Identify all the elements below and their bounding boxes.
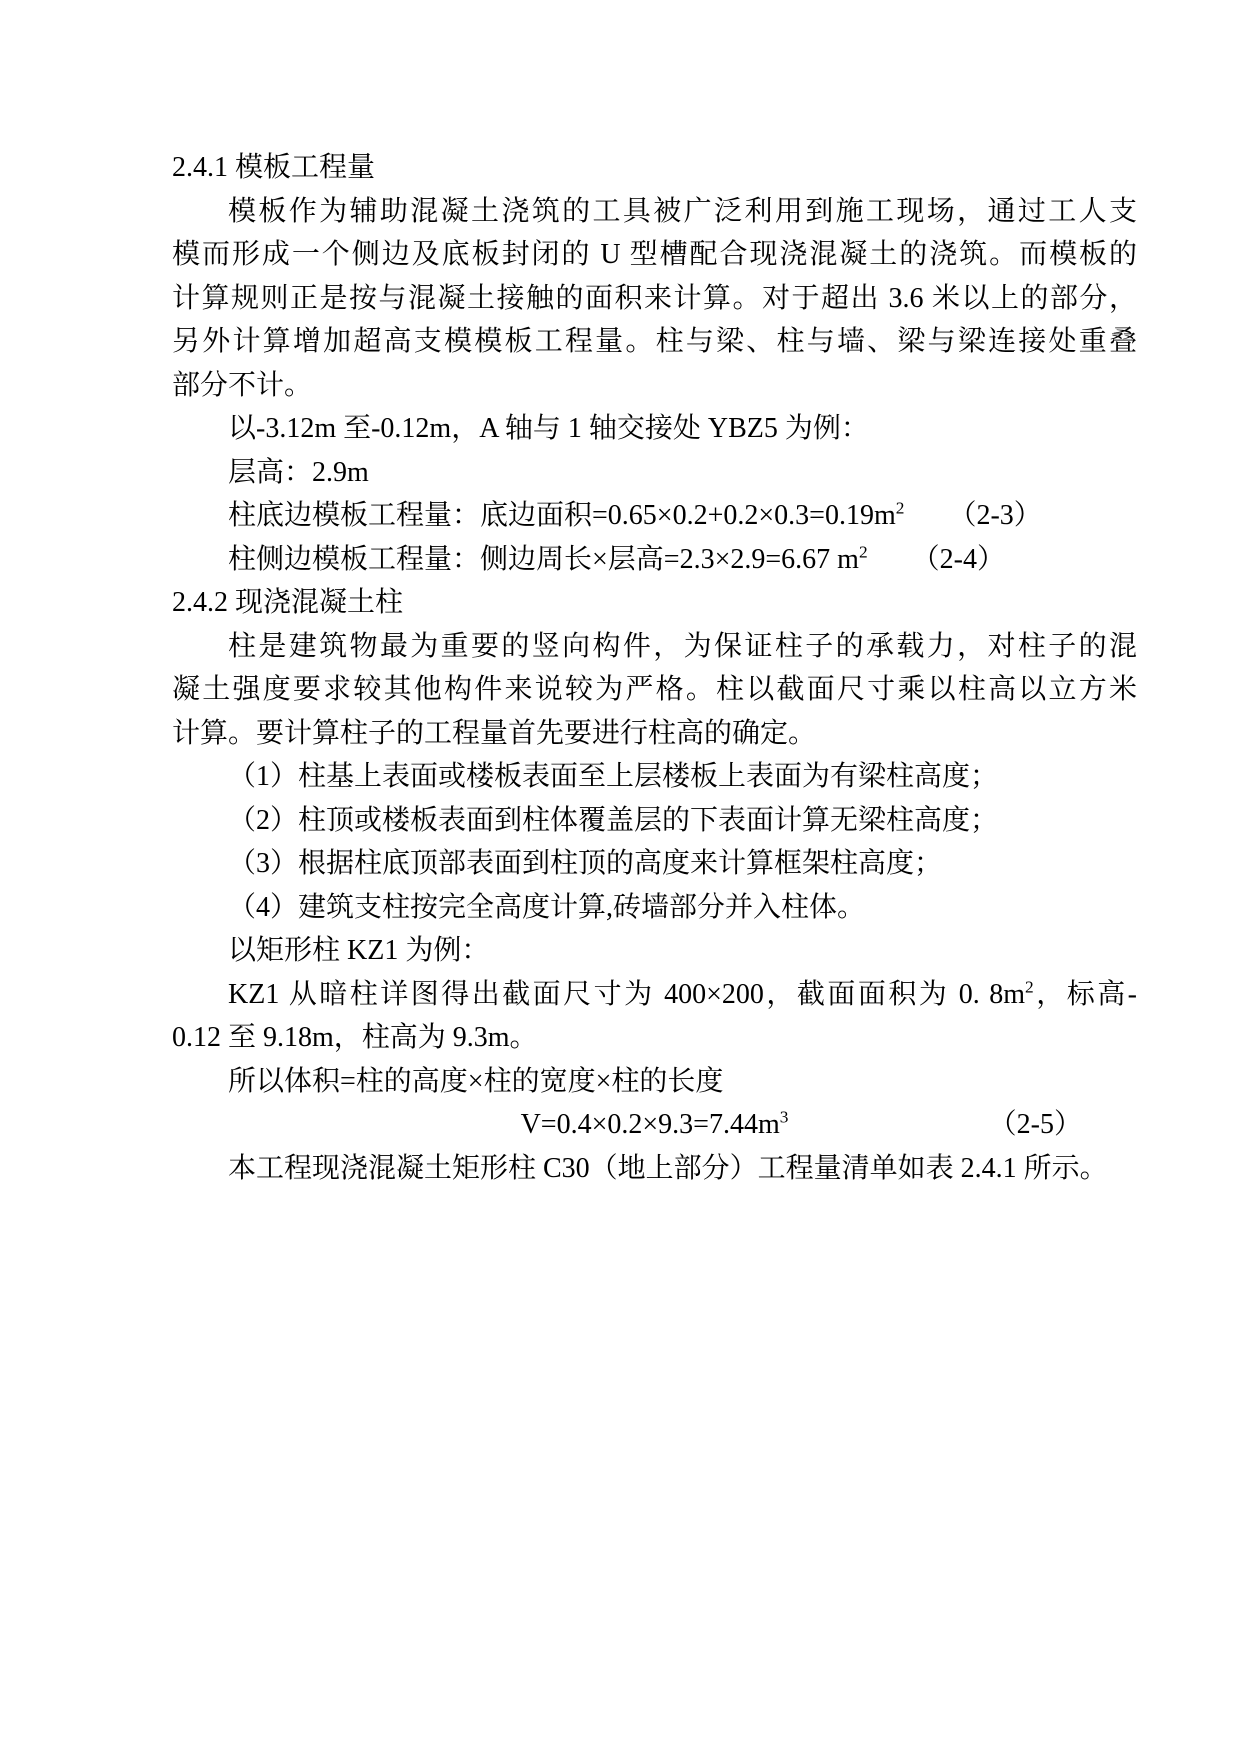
column-height-rule-3: （3）根据柱底顶部表面到柱顶的高度来计算框架柱高度； [172, 842, 1137, 886]
para-column-line-3: 计算。要计算柱子的工程量首先要进行柱高的确定。 [172, 712, 1137, 756]
ybz5-example-intro: 以-3.12m 至-0.12m，A 轴与 1 轴交接处 YBZ5 为例： [172, 407, 1137, 451]
para-formwork-line-5: 部分不计。 [172, 364, 1137, 408]
kz1-para-line-1: KZ1 从暗柱详图得出截面尺寸为 400×200，截面面积为 0. 8m2，标高… [172, 973, 1137, 1017]
formula-2-4-body: 柱侧边模板工程量：侧边周长×层高=2.3×2.9=6.67 m [228, 544, 859, 575]
para-formwork-line-4: 另外计算增加超高支模模板工程量。柱与梁、柱与墙、梁与梁连接处重叠 [172, 320, 1137, 364]
storey-height-line: 层高：2.9m [172, 451, 1137, 495]
formula-2-3-number: （2-3） [948, 500, 1041, 531]
para-formwork-line-2: 模而形成一个侧边及底板封闭的 U 型槽配合现浇混凝土的浇筑。而模板的 [172, 233, 1137, 277]
para-column-line-1: 柱是建筑物最为重要的竖向构件，为保证柱子的承载力，对柱子的混 [172, 625, 1137, 669]
kz1-line-1-tail: ，标高- [1034, 979, 1137, 1010]
formula-2-3: 柱底边模板工程量：底边面积=0.65×0.2+0.2×0.3=0.19m2（2-… [172, 494, 1137, 538]
kz1-para-line-2: 0.12 至 9.18m，柱高为 9.3m。 [172, 1016, 1137, 1060]
para-formwork-line-3: 计算规则正是按与混凝土接触的面积来计算。对于超出 3.6 米以上的部分， [172, 277, 1137, 321]
kz1-example-intro: 以矩形柱 KZ1 为例： [172, 929, 1137, 973]
column-height-rule-1: （1）柱基上表面或楼板表面至上层楼板上表面为有梁柱高度； [172, 755, 1137, 799]
formula-2-4-superscript: 2 [859, 542, 868, 561]
section-242-heading: 2.4.2 现浇混凝土柱 [172, 581, 1137, 625]
column-height-rule-4: （4）建筑支柱按完全高度计算,砖墙部分并入柱体。 [172, 886, 1137, 930]
formula-2-5-body: V=0.4×0.2×9.3=7.44m [521, 1109, 780, 1140]
document-content: 2.4.1 模板工程量 模板作为辅助混凝土浇筑的工具被广泛利用到施工现场，通过工… [172, 146, 1137, 1190]
formula-2-3-body: 柱底边模板工程量：底边面积=0.65×0.2+0.2×0.3=0.19m [228, 500, 896, 531]
para-column-line-2: 凝土强度要求较其他构件来说较为严格。柱以截面尺寸乘以柱高以立方米 [172, 668, 1137, 712]
kz1-line-1-superscript: 2 [1025, 977, 1034, 996]
kz1-line-1-body: KZ1 从暗柱详图得出截面尺寸为 400×200，截面面积为 0. 8m [228, 979, 1025, 1010]
document-page: 2.4.1 模板工程量 模板作为辅助混凝土浇筑的工具被广泛利用到施工现场，通过工… [0, 0, 1240, 1754]
formula-2-3-superscript: 2 [896, 499, 905, 518]
closing-line: 本工程现浇混凝土矩形柱 C30（地上部分）工程量清单如表 2.4.1 所示。 [172, 1147, 1137, 1191]
formula-2-5-superscript: 3 [780, 1108, 789, 1127]
column-height-rule-2: （2）柱顶或楼板表面到柱体覆盖层的下表面计算无梁柱高度； [172, 799, 1137, 843]
section-241-heading: 2.4.1 模板工程量 [172, 146, 1137, 190]
formula-2-5-number: （2-5） [989, 1103, 1082, 1147]
formula-2-4-number: （2-4） [912, 544, 1005, 575]
formula-2-4: 柱侧边模板工程量：侧边周长×层高=2.3×2.9=6.67 m2（2-4） [172, 538, 1137, 582]
formula-2-5: V=0.4×0.2×9.3=7.44m3（2-5） [172, 1103, 1137, 1147]
volume-intro-line: 所以体积=柱的高度×柱的宽度×柱的长度 [172, 1060, 1137, 1104]
para-formwork-line-1: 模板作为辅助混凝土浇筑的工具被广泛利用到施工现场，通过工人支 [172, 190, 1137, 234]
